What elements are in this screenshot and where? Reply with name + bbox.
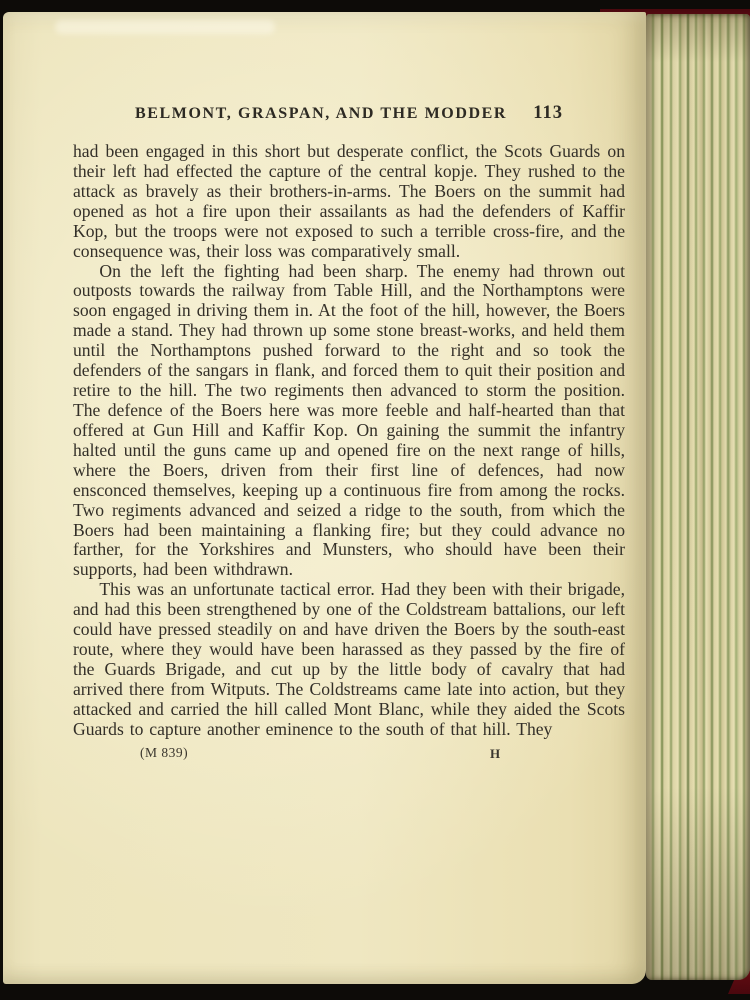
paragraph-2: On the left the fighting had been sharp.… [73, 262, 625, 581]
running-header: BELMONT, GRASPAN, AND THE MODDER 113 [73, 105, 625, 127]
page-footer: (M 839) H [73, 744, 625, 774]
page-content: BELMONT, GRASPAN, AND THE MODDER 113 had… [3, 12, 646, 984]
book-page: BELMONT, GRASPAN, AND THE MODDER 113 had… [3, 12, 646, 984]
body-text: had been engaged in this short but despe… [73, 142, 625, 740]
page-number: 113 [533, 103, 563, 124]
signature-mark: H [490, 746, 501, 762]
paragraph-3: This was an unfortunate tactical error. … [73, 580, 625, 739]
book-fore-edge-pages [646, 14, 750, 980]
chapter-running-title: BELMONT, GRASPAN, AND THE MODDER [135, 105, 507, 123]
paragraph-1: had been engaged in this short but despe… [73, 142, 625, 262]
printer-mark: (M 839) [140, 745, 188, 761]
scanned-book-photo: BELMONT, GRASPAN, AND THE MODDER 113 had… [0, 0, 750, 1000]
